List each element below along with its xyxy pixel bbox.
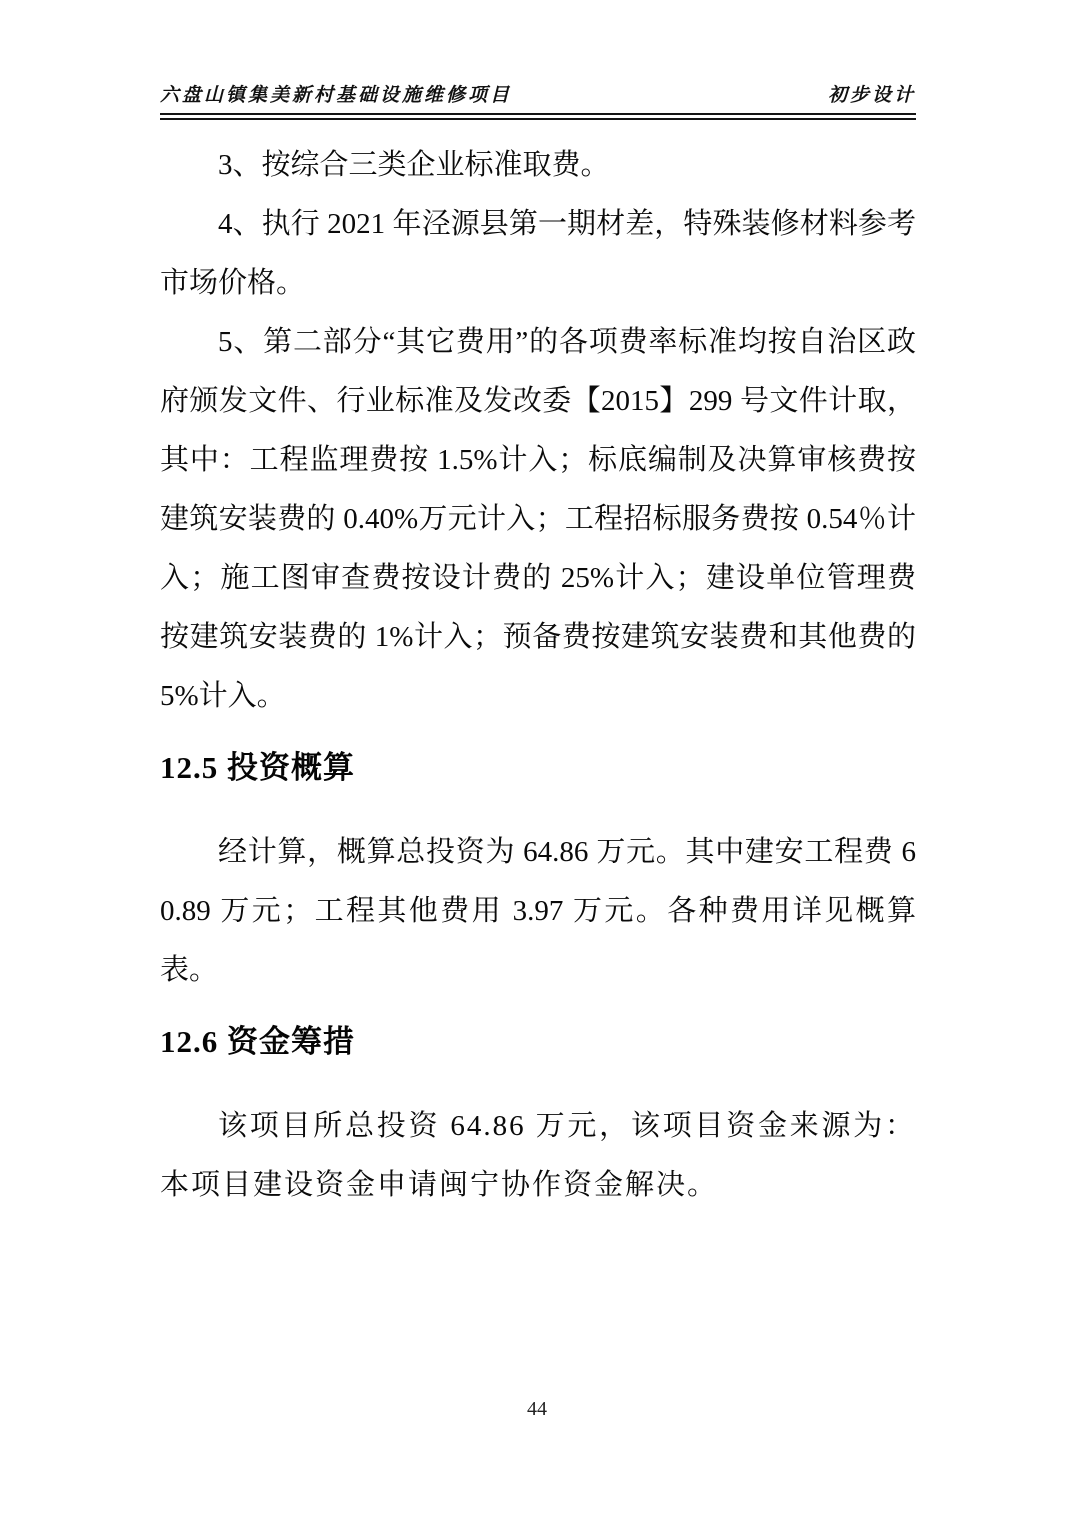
document-page: 六盘山镇集美新村基础设施维修项目 初步设计 3、按综合三类企业标准取费。 4、执…	[0, 0, 1074, 1520]
page-footer: 44	[0, 1396, 1074, 1422]
header-row: 六盘山镇集美新村基础设施维修项目 初步设计	[160, 84, 916, 108]
paragraph-item-5: 5、第二部分“其它费用”的各项费率标准均按自治区政府颁发文件、行业标准及发改委【…	[160, 313, 916, 726]
header-doc-type: 初步设计	[828, 84, 916, 108]
page-number: 44	[527, 1398, 547, 1420]
header-project-title: 六盘山镇集美新村基础设施维修项目	[160, 84, 512, 108]
page-header: 六盘山镇集美新村基础设施维修项目 初步设计	[160, 0, 916, 120]
document-body: 3、按综合三类企业标准取费。 4、执行 2021 年泾源县第一期材差，特殊装修材…	[160, 136, 916, 1215]
section-heading-12-6: 12.6 资金筹措	[160, 1022, 916, 1062]
section-12-6-paragraph: 该项目所总投资 64.86 万元，该项目资金来源为：本项目建设资金申请闽宁协作资…	[160, 1097, 916, 1215]
section-12-5-paragraph: 经计算，概算总投资为 64.86 万元。其中建安工程费 60.89 万元；工程其…	[160, 823, 916, 1000]
section-heading-12-5: 12.5 投资概算	[160, 748, 916, 788]
paragraph-item-3: 3、按综合三类企业标准取费。	[160, 136, 916, 195]
header-rule	[160, 113, 916, 120]
paragraph-item-4: 4、执行 2021 年泾源县第一期材差，特殊装修材料参考市场价格。	[160, 195, 916, 313]
